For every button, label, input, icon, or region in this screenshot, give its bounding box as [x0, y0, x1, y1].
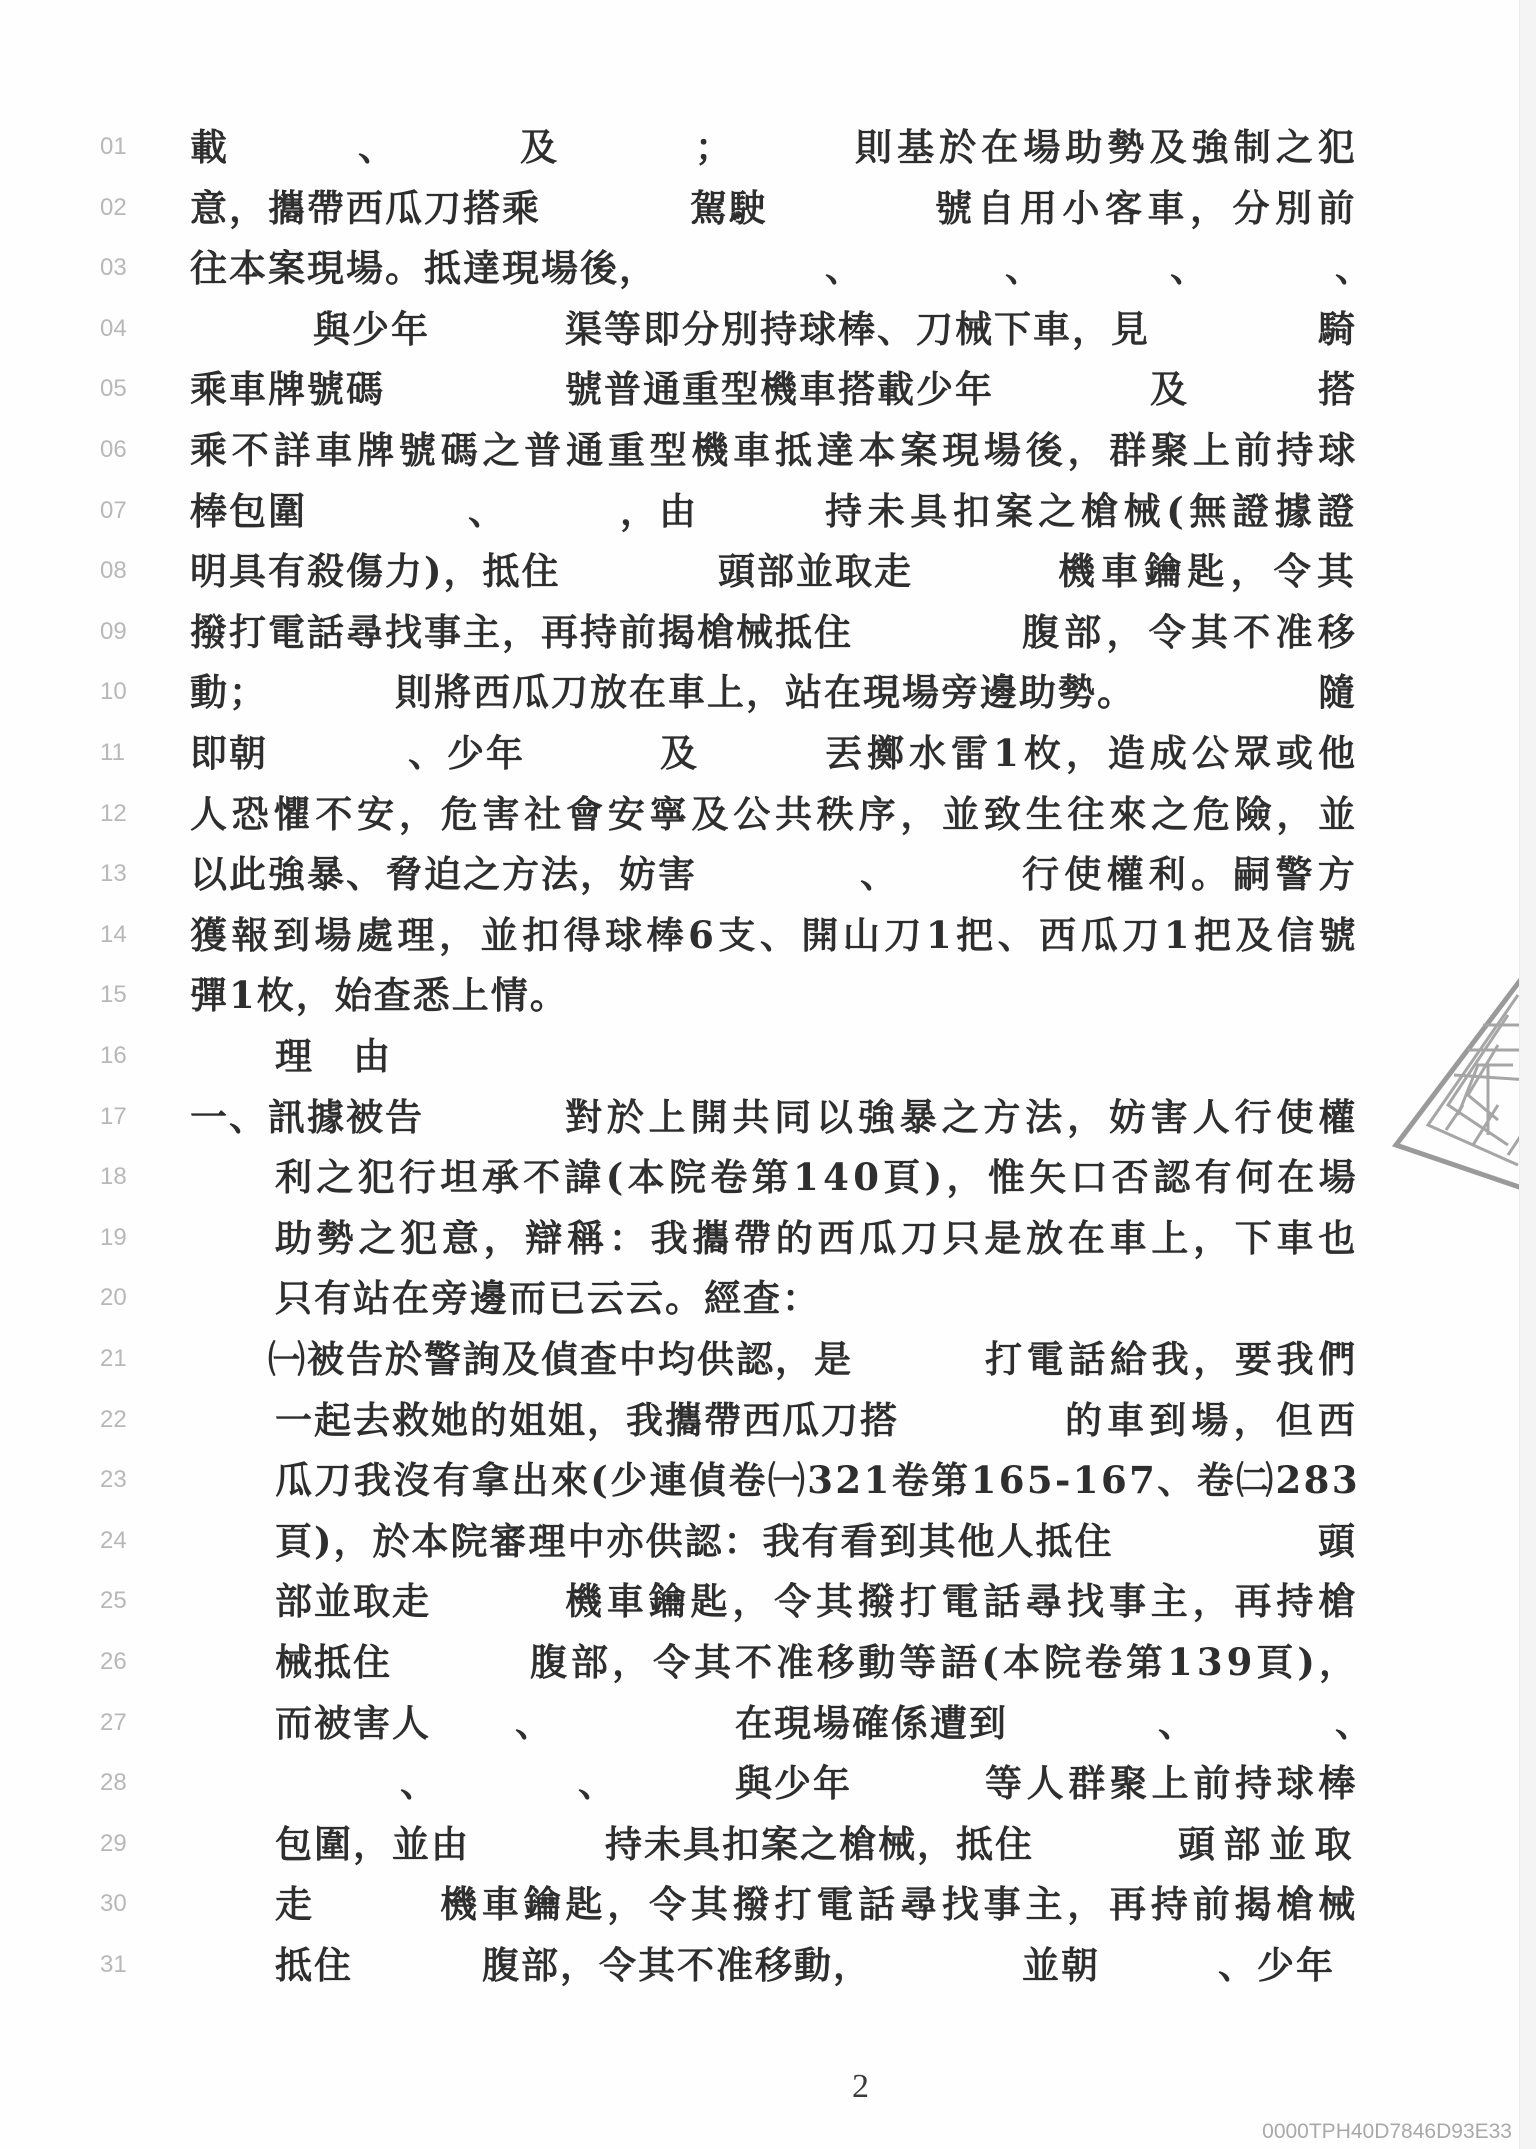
text-line: 14獲報到場處理，並扣得球棒6支、開山刀1把、西瓜刀1把及信號	[0, 905, 1520, 965]
line-text-segment: 包圍，並由	[275, 1814, 470, 1874]
text-line: 28、、與少年等人群聚上前持球棒	[0, 1753, 1520, 1813]
line-text-segment: 、	[1170, 238, 1209, 298]
line-number: 30	[100, 1890, 140, 1918]
line-text-segment: 等人群聚上前持球棒	[985, 1753, 1360, 1813]
text-line: 25部並取走機車鑰匙，令其撥打電話尋找事主，再持槍	[0, 1571, 1520, 1631]
line-number: 26	[100, 1648, 140, 1676]
line-text-segment: 乘車牌號碼	[190, 359, 385, 419]
line-text-segment: 號普通重型機車搭載少年	[565, 359, 994, 419]
line-text-segment: 乘不詳車牌號碼之普通重型機車抵達本案現場後，群聚上前持球	[190, 420, 1360, 480]
line-text-segment: 的車到場，但西	[1065, 1390, 1360, 1450]
page-number: 2	[852, 2068, 869, 2106]
line-text-segment: 在現場確係遭到	[735, 1693, 1008, 1753]
line-text-segment: 以此強暴、脅迫之方法，妨害	[190, 844, 697, 904]
line-number: 23	[100, 1466, 140, 1494]
line-text-segment: 意，攜帶西瓜刀搭乘	[190, 178, 541, 238]
line-text-segment: 渠等即分別持球棒、刀械下車，見	[565, 299, 1150, 359]
line-text-segment: 騎	[1318, 299, 1357, 359]
line-text-segment: 彈1枚，始查悉上情。	[190, 965, 569, 1025]
line-text-segment: ；	[695, 117, 734, 177]
line-text-segment: 、	[825, 238, 864, 298]
line-text-segment: 、	[468, 481, 507, 541]
line-text-segment: 走	[275, 1874, 314, 1934]
text-line: 03往本案現場。抵達現場後，、、、、	[0, 238, 1520, 298]
text-line: 17一、訊據被告對於上開共同以強暴之方法，妨害人行使權	[0, 1087, 1520, 1147]
text-line: 09撥打電話尋找事主，再持前揭槍械抵住腹部，令其不准移	[0, 602, 1520, 662]
line-text-segment: 並朝	[1022, 1935, 1100, 1995]
text-line: 26械抵住腹部，令其不准移動等語(本院卷第139頁)，	[0, 1632, 1520, 1692]
line-number: 28	[100, 1769, 140, 1797]
line-text-segment: 與少年	[735, 1753, 852, 1813]
line-text-segment: 往本案現場。抵達現場後，	[190, 238, 658, 298]
line-text-segment: 腹部，令其不准移動等語(本院卷第139頁)，	[530, 1632, 1360, 1692]
line-text-segment: 、少年	[1218, 1935, 1335, 1995]
line-text-segment: 獲報到場處理，並扣得球棒6支、開山刀1把、西瓜刀1把及信號	[190, 905, 1360, 965]
document-page: 01載、及；則基於在場助勢及強制之犯02意，攜帶西瓜刀搭乘駕駛號自用小客車，分別…	[0, 0, 1520, 2149]
text-line: 18利之犯行坦承不諱(本院卷第140頁)，惟矢口否認有何在場	[0, 1147, 1520, 1207]
line-text-segment: 撥打電話尋找事主，再持前揭槍械抵住	[190, 602, 853, 662]
line-text-segment: 、	[358, 117, 397, 177]
line-text-segment: 行使權利。嗣警方	[1022, 844, 1360, 904]
line-number: 06	[100, 436, 140, 464]
line-text-segment: 助勢之犯意，辯稱：我攜帶的西瓜刀只是放在車上，下車也	[275, 1208, 1360, 1268]
line-number: 05	[100, 375, 140, 403]
line-text-segment: 腹部，令其不准移	[1022, 602, 1360, 662]
line-number: 03	[100, 254, 140, 282]
page-edge	[1519, 0, 1536, 2149]
line-text-segment: ㈠被告於警詢及偵查中均供認，是	[268, 1329, 853, 1389]
line-number: 29	[100, 1830, 140, 1858]
line-text-segment: 載	[190, 117, 229, 177]
line-text-segment: 則將西瓜刀放在車上，站在現場旁邊助勢。	[395, 662, 1136, 722]
line-number: 17	[100, 1103, 140, 1131]
line-number: 20	[100, 1284, 140, 1312]
line-number: 16	[100, 1042, 140, 1070]
line-text-segment: 機車鑰匙，令其撥打電話尋找事主，再持槍	[565, 1571, 1360, 1631]
line-number: 02	[100, 194, 140, 222]
line-text-segment: 、	[1335, 238, 1374, 298]
text-line: 16理 由	[0, 1026, 1520, 1086]
line-text-segment: 只有站在旁邊而已云云。經查：	[275, 1268, 821, 1328]
line-text-segment: 持未具扣案之槍械，抵住	[605, 1814, 1034, 1874]
text-line: 22一起去救她的姐姐，我攜帶西瓜刀搭的車到場，但西	[0, 1390, 1520, 1450]
line-text-segment: 與少年	[313, 299, 430, 359]
line-text-segment: 、	[578, 1753, 617, 1813]
line-number: 24	[100, 1527, 140, 1555]
line-number: 18	[100, 1163, 140, 1191]
line-text-segment: 明具有殺傷力)，抵住	[190, 541, 561, 601]
text-line: 06乘不詳車牌號碼之普通重型機車抵達本案現場後，群聚上前持球	[0, 420, 1520, 480]
text-line: 30走機車鑰匙，令其撥打電話尋找事主，再持前揭槍械	[0, 1874, 1520, 1934]
line-number: 15	[100, 981, 140, 1009]
line-text-segment: 即朝	[190, 723, 268, 783]
line-text-segment: 一起去救她的姐姐，我攜帶西瓜刀搭	[275, 1390, 899, 1450]
line-text-segment: 及	[1150, 359, 1189, 419]
text-line: 24頁)，於本院審理中亦供認：我有看到其他人抵住頭	[0, 1511, 1520, 1571]
seal-stamp-icon	[1388, 955, 1536, 1195]
line-number: 01	[100, 133, 140, 161]
line-text-segment: 利之犯行坦承不諱(本院卷第140頁)，惟矢口否認有何在場	[275, 1147, 1360, 1207]
line-text-segment: 機車鑰匙，令其	[1058, 541, 1360, 601]
line-text-segment: 搭	[1318, 359, 1357, 419]
line-text-segment: 號自用小客車，分別前	[935, 178, 1360, 238]
line-text-segment: 頁)，於本院審理中亦供認：我有看到其他人抵住	[275, 1511, 1114, 1571]
line-number: 25	[100, 1587, 140, 1615]
line-text-segment: 棒包圍	[190, 481, 307, 541]
line-text-segment: 、少年	[408, 723, 525, 783]
line-text-segment: 及	[660, 723, 699, 783]
line-text-segment: 部並取走	[275, 1571, 431, 1631]
line-text-segment: 頭部並取	[1178, 1814, 1360, 1874]
line-text-segment: 而被害人	[275, 1693, 431, 1753]
text-line: 19助勢之犯意，辯稱：我攜帶的西瓜刀只是放在車上，下車也	[0, 1208, 1520, 1268]
line-number: 08	[100, 557, 140, 585]
line-text-segment: 駕駛	[690, 178, 768, 238]
text-line: 27而被害人、在現場確係遭到、、	[0, 1693, 1520, 1753]
text-line: 20只有站在旁邊而已云云。經查：	[0, 1268, 1520, 1328]
line-text-segment: 、	[400, 1753, 439, 1813]
text-line: 13以此強暴、脅迫之方法，妨害、行使權利。嗣警方	[0, 844, 1520, 904]
text-line: 05乘車牌號碼號普通重型機車搭載少年及搭	[0, 359, 1520, 419]
line-text-segment: 機車鑰匙，令其撥打電話尋找事主，再持前揭槍械	[440, 1874, 1360, 1934]
line-text-segment: 則基於在場助勢及強制之犯	[855, 117, 1360, 177]
line-text-segment: 持未具扣案之槍械(無證據證	[825, 481, 1360, 541]
text-line: 02意，攜帶西瓜刀搭乘駕駛號自用小客車，分別前	[0, 178, 1520, 238]
line-number: 27	[100, 1709, 140, 1737]
text-line: 10動；則將西瓜刀放在車上，站在現場旁邊助勢。隨	[0, 662, 1520, 722]
text-line: 01載、及；則基於在場助勢及強制之犯	[0, 117, 1520, 177]
text-line: 31抵住腹部，令其不准移動，並朝、少年	[0, 1935, 1520, 1995]
line-number: 13	[100, 860, 140, 888]
text-line: 15彈1枚，始查悉上情。	[0, 965, 1520, 1025]
line-text-segment: 械抵住	[275, 1632, 392, 1692]
line-text-segment: 腹部，令其不准移動，	[482, 1935, 872, 1995]
text-line: 12人恐懼不安，危害社會安寧及公共秩序，並致生往來之危險，並	[0, 784, 1520, 844]
text-line: 07棒包圍、，由持未具扣案之槍械(無證據證	[0, 481, 1520, 541]
line-number: 14	[100, 921, 140, 949]
text-line: 11即朝、少年及丟擲水雷1枚，造成公眾或他	[0, 723, 1520, 783]
line-number: 11	[100, 739, 140, 767]
line-text-segment: 及	[520, 117, 559, 177]
document-code: 0000TPH40D7846D93E33	[1262, 2120, 1512, 2144]
line-text-segment: 人恐懼不安，危害社會安寧及公共秩序，並致生往來之危險，並	[190, 784, 1360, 844]
line-text-segment: 、	[515, 1693, 554, 1753]
line-text-segment: 頭部並取走	[718, 541, 913, 601]
line-text-segment: 隨	[1318, 662, 1357, 722]
line-text-segment: 、	[1005, 238, 1044, 298]
line-number: 10	[100, 678, 140, 706]
text-line: 23瓜刀我沒有拿出來(少連偵卷㈠321卷第165-167、卷㈡283	[0, 1450, 1520, 1510]
line-text-segment: 、	[860, 844, 899, 904]
line-number: 21	[100, 1345, 140, 1373]
line-number: 12	[100, 800, 140, 828]
line-text-segment: 瓜刀我沒有拿出來(少連偵卷㈠321卷第165-167、卷㈡283	[275, 1450, 1360, 1510]
line-number: 19	[100, 1224, 140, 1252]
line-number: 04	[100, 315, 140, 343]
line-text-segment: 抵住	[275, 1935, 353, 1995]
text-line: 21㈠被告於警詢及偵查中均供認，是打電話給我，要我們	[0, 1329, 1520, 1389]
line-text-segment: 、	[1158, 1693, 1197, 1753]
line-number: 09	[100, 618, 140, 646]
line-text-segment: 打電話給我，要我們	[985, 1329, 1360, 1389]
line-number: 07	[100, 497, 140, 525]
line-text-segment: 理 由	[275, 1026, 392, 1086]
line-text-segment: 對於上開共同以強暴之方法，妨害人行使權	[565, 1087, 1360, 1147]
text-line: 04與少年渠等即分別持球棒、刀械下車，見騎	[0, 299, 1520, 359]
line-text-segment: ，由	[620, 481, 698, 541]
text-line: 29包圍，並由持未具扣案之槍械，抵住頭部並取	[0, 1814, 1520, 1874]
line-text-segment: 一、訊據被告	[190, 1087, 424, 1147]
line-text-segment: 、	[1335, 1693, 1374, 1753]
text-line: 08明具有殺傷力)，抵住頭部並取走機車鑰匙，令其	[0, 541, 1520, 601]
line-text-segment: 動；	[190, 662, 268, 722]
line-number: 22	[100, 1406, 140, 1434]
line-text-segment: 丟擲水雷1枚，造成公眾或他	[825, 723, 1360, 783]
line-number: 31	[100, 1951, 140, 1979]
line-text-segment: 頭	[1318, 1511, 1357, 1571]
